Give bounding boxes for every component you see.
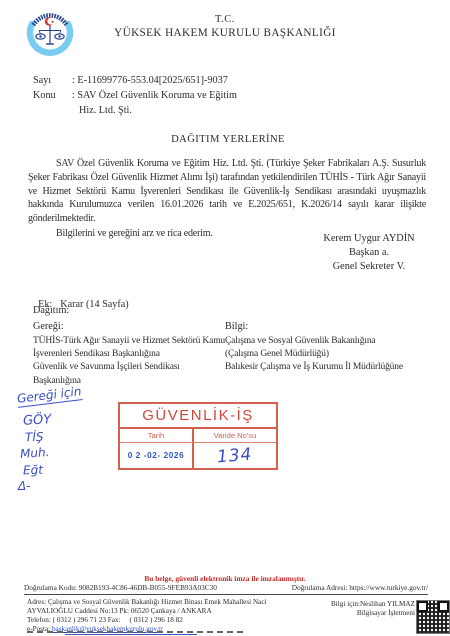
konu-label: Konu xyxy=(33,88,72,103)
handwritten-note-title: Gereği için xyxy=(16,384,82,408)
sayi-label: Sayı xyxy=(33,73,72,88)
handwritten-note: GÖY xyxy=(23,412,52,428)
contact-role: Bilgisayar İşletmeni xyxy=(265,609,415,618)
verification-code: Doğrulama Kodu: 9082B193-4C86-46DB-B055-… xyxy=(24,583,217,592)
geregi-line: TÜHİS-Türk Ağır Sanayii ve Hizmet Sektör… xyxy=(33,335,225,348)
republic-abbrev: T.C. xyxy=(0,14,450,25)
bilgi-line: (Çalışma Genel Müdürlüğü) xyxy=(225,348,403,361)
stamp-number-value: 134 xyxy=(216,444,253,467)
stamp-number-label: Varide No'su xyxy=(194,429,276,443)
konu-value-line2: Hiz. Ltd. Şti. xyxy=(79,103,132,118)
konu-value: : SAV Özel Güvenlik Koruma ve Eğitim xyxy=(72,88,237,103)
contact-block: Bilgi için:Neslihan YILMAZ Bilgisayar İş… xyxy=(265,600,415,618)
signature-block: Kerem Uygur AYDİN Başkan a. Genel Sekret… xyxy=(296,232,442,274)
signer-name: Kerem Uygur AYDİN xyxy=(296,232,442,246)
bilgi-line: Balıkesir Çalışma ve İş Kurumu İl Müdürl… xyxy=(225,361,403,374)
stamp-value-row: 0 2 -02- 2026 134 xyxy=(120,443,276,468)
geregi-recipients: TÜHİS-Türk Ağır Sanayii ve Hizmet Sektör… xyxy=(33,335,225,388)
handwritten-note: TİŞ xyxy=(25,430,44,445)
geregi-line: Güvenlik ve Savunma İşçileri Sendikası xyxy=(33,361,225,374)
verification-address: Doğrulama Adresi: https://www.turkiye.go… xyxy=(292,583,428,592)
attachment-value: Karar (14 Sayfa) xyxy=(60,299,128,310)
konu-row: Konu : SAV Özel Güvenlik Koruma ve Eğiti… xyxy=(33,88,237,103)
distribution-heading: Dağıtım: xyxy=(33,305,69,316)
geregi-line: İşverenleri Sendikası Başkanlığına xyxy=(33,348,225,361)
sayi-value: : E-11699776-553.04[2025/651]-9037 xyxy=(72,73,228,88)
contact-person: Bilgi için:Neslihan YILMAZ xyxy=(265,600,415,609)
stamp-org-name: GÜVENLİK-İŞ xyxy=(120,404,276,429)
bilgi-label: Bilgi: xyxy=(225,321,248,332)
bilgi-line: Çalışma ve Sosyal Güvenlik Bakanlığına xyxy=(225,335,403,348)
stamp-date-value: 0 2 -02- 2026 xyxy=(128,451,185,460)
recipient-heading: DAĞITIM YERLERİNE xyxy=(0,134,450,145)
stamp-date-label: Tarih xyxy=(120,429,194,443)
qr-code xyxy=(417,601,449,633)
organization-title: YÜKSEK HAKEM KURULU BAŞKANLIĞI xyxy=(0,27,450,39)
document-meta: Sayı : E-11699776-553.04[2025/651]-9037 … xyxy=(33,73,237,118)
signer-role-1: Başkan a. xyxy=(296,246,442,260)
signer-role-2: Genel Sekreter V. xyxy=(296,260,442,274)
handwritten-note: Muh. xyxy=(20,445,50,461)
esignature-notice: Bu belge, güvenli elektronik imza ile im… xyxy=(0,574,450,583)
handwritten-note: Δ- xyxy=(18,479,31,493)
handwritten-note: Eğt xyxy=(23,463,43,478)
cut-off-text-line xyxy=(27,631,257,635)
guvenlik-is-receipt-stamp: GÜVENLİK-İŞ Tarih Varide No'su 0 2 -02- … xyxy=(118,402,278,470)
stamp-label-row: Tarih Varide No'su xyxy=(120,429,276,443)
letterhead: T.C. YÜKSEK HAKEM KURULU BAŞKANLIĞI xyxy=(0,14,450,39)
main-paragraph: SAV Özel Güvenlik Koruma ve Eğitim Hiz. … xyxy=(28,157,426,226)
verification-row: Doğrulama Kodu: 9082B193-4C86-46DB-B055-… xyxy=(24,583,428,595)
geregi-label: Gereği: xyxy=(33,321,64,332)
letter-body: SAV Özel Güvenlik Koruma ve Eğitim Hiz. … xyxy=(28,157,426,241)
konu-row-2: Hiz. Ltd. Şti. xyxy=(33,103,237,118)
bilgi-recipients: Çalışma ve Sosyal Güvenlik Bakanlığına (… xyxy=(225,335,403,375)
sayi-row: Sayı : E-11699776-553.04[2025/651]-9037 xyxy=(33,73,237,88)
